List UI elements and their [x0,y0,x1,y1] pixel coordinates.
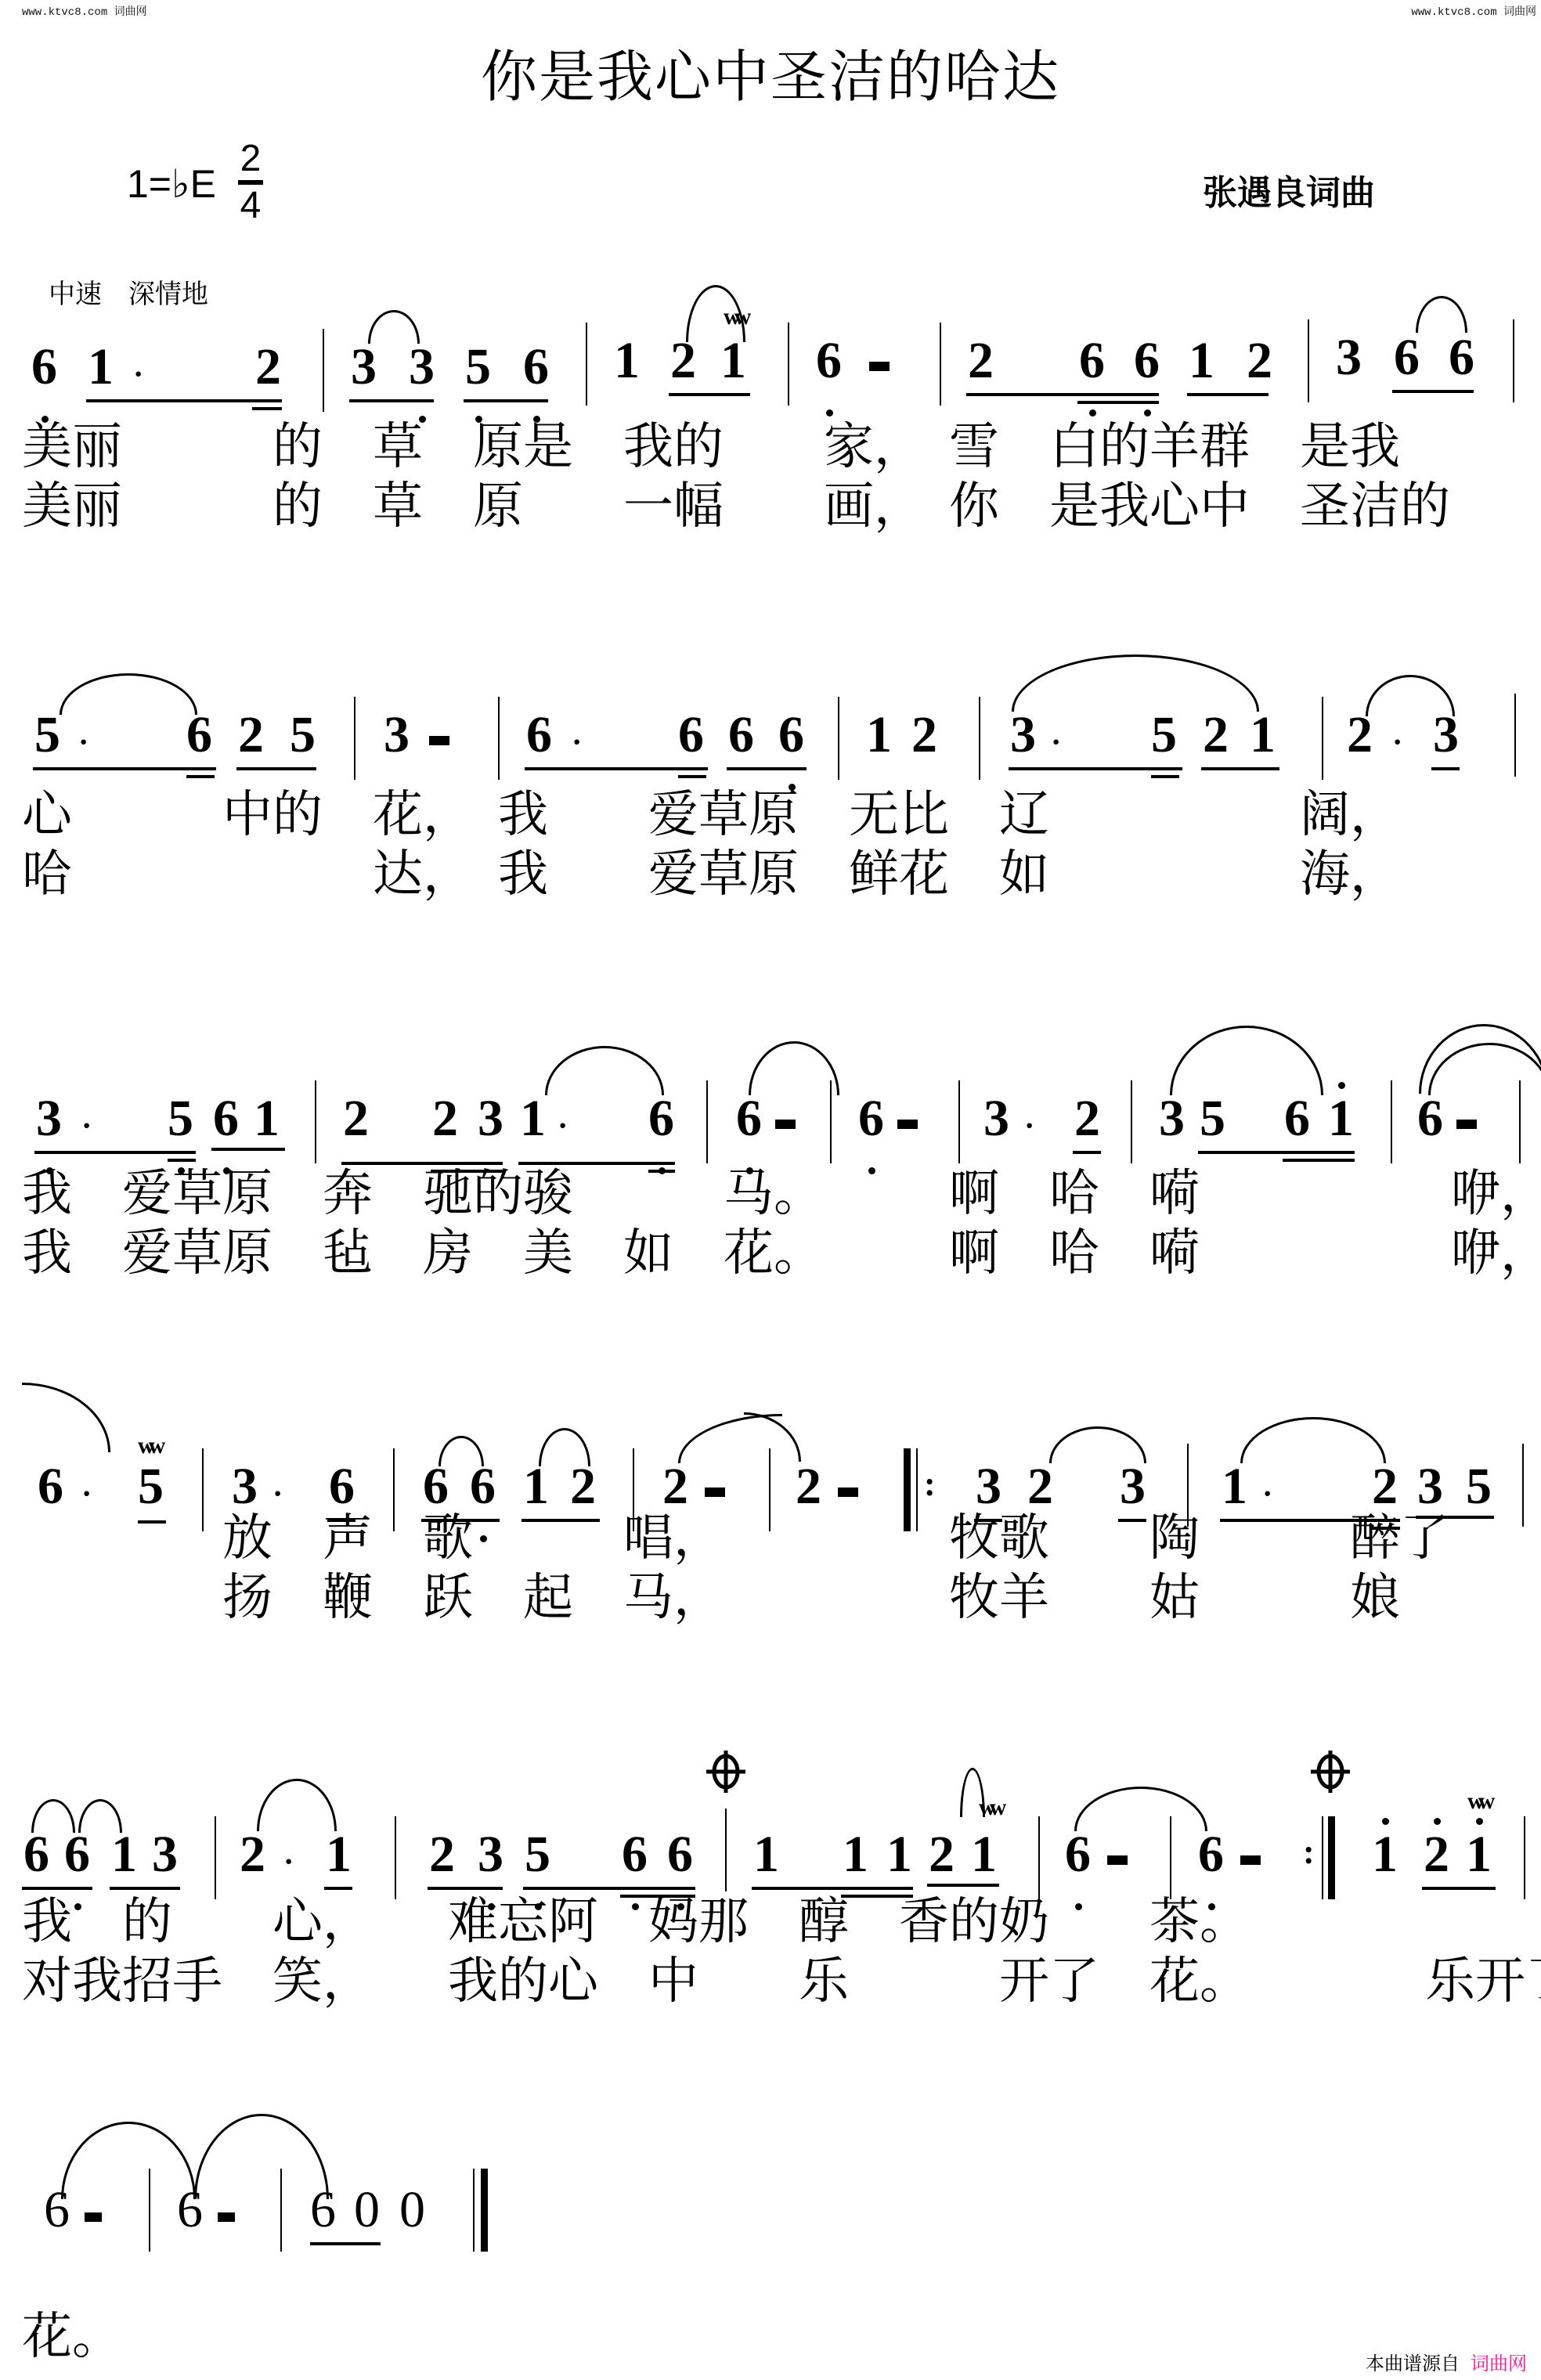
underline-beam [966,393,1159,396]
note: 1 [720,335,746,387]
underline-beam [168,1159,196,1162]
note: 1 [1250,709,1276,761]
note: 5 [465,341,491,393]
augmentation-dot: · [81,1107,92,1144]
barline [706,1080,708,1163]
note: 1 [843,1829,868,1881]
barline [1170,1816,1171,1899]
barline [323,329,324,412]
mordent-icon: ᴡᴡ [138,1433,159,1459]
underline-beam [110,1887,180,1890]
note: 6 [1449,332,1474,384]
underline-beam [464,399,548,402]
note: 2 [1347,709,1373,761]
note: 6 [1065,1829,1091,1881]
note: 2 [796,1461,821,1513]
note: 1 [1372,1829,1398,1881]
tie-slur [257,1779,337,1831]
underline-beam [1201,767,1279,770]
dash [1456,1120,1477,1129]
note: 1 [88,341,114,393]
underline-beam [1009,767,1182,770]
note: 1 [753,1829,779,1881]
time-denominator: 4 [240,185,262,226]
underline-beam [523,1887,695,1890]
repeat-end-thin-barline [1322,1816,1323,1899]
barline [1522,1444,1524,1527]
underline-beam [1392,390,1474,393]
note: 3 [384,709,410,761]
barline [1519,1080,1521,1163]
note: 2 [662,1461,688,1513]
lyrics-verse-2: 对我招手 笑， 我的心 中 乐 开了 花。 乐开了 [22,1954,1541,2009]
note: 6 [648,1093,674,1145]
note: 5 [1200,1093,1225,1145]
dash [218,2212,235,2222]
note: 1 [254,1093,280,1145]
augmentation-dot: · [1051,723,1061,760]
note: 3 [976,1461,1001,1513]
barline [958,1080,960,1163]
time-numerator: 2 [240,138,262,179]
repeat-dots: : [1303,1832,1315,1872]
note: 3 [351,341,377,393]
augmentation-dot: · [78,723,88,760]
staff-line-2: 5 · 6 2 5 3 6 · 6 6 6 1 2 3 · 5 2 1 2 · … [0,697,1541,791]
barline [1514,694,1516,777]
augmentation-dot: · [272,1475,283,1512]
underline-beam [1422,1887,1496,1890]
underline-beam [525,767,708,770]
note: 2 [1203,709,1229,761]
underline-beam [428,1887,503,1890]
underline-beam [727,767,807,770]
lyrics-verse-2: 扬 鞭 跃 起 马， 牧羊 姑 娘 [22,1570,1400,1625]
note: 6 [736,1093,762,1145]
underline-beam [1187,393,1269,396]
note: 3 [36,1093,62,1145]
note: 2 [429,1829,455,1881]
note: 5 [1466,1461,1492,1513]
barline [354,697,355,780]
note: 6 [526,709,552,761]
barline [315,1080,316,1163]
note: 5 [168,1093,193,1145]
note: 6 [38,1461,63,1513]
note: 1 [111,1829,137,1881]
note: 2 [911,709,937,761]
note: 2 [968,335,994,387]
note: 6 [23,1829,49,1881]
dash [1107,1855,1128,1865]
tie-slur [1074,1787,1207,1831]
note: 6 [523,341,549,393]
tie-slur [1240,1417,1386,1463]
time-signature: 2 4 [235,139,266,225]
staff-line-6: 6 6 6 0 0 [0,2169,1541,2263]
barline [830,1080,832,1163]
barline [838,697,839,780]
note: 2 [1424,1829,1449,1881]
dash [869,362,890,371]
underline-beam [34,1151,196,1154]
underline-beam [669,393,750,396]
note: 6 [423,1461,449,1513]
lyrics-verse-1: 心 中的 花， 我 爱草原 无比 辽 阔， [22,788,1400,842]
note: 6 [310,2184,336,2236]
final-thin-barline [473,2169,475,2252]
note: 2 [929,1829,955,1881]
lyrics-verse-2: 美丽 的 草 原 一幅 画， 你 是我心中 圣洁的 [22,479,1450,534]
augmentation-dot: · [1392,723,1402,760]
underline-beam [324,1887,352,1890]
note: 2 [240,1829,265,1881]
watermark-right: www.ktvc8.com 词曲网 [1411,3,1536,19]
note: 1 [866,709,892,761]
note: 6 [213,1093,239,1145]
underline-beam [86,399,282,402]
underline-beam [1077,401,1159,404]
note: 1 [1328,1093,1354,1145]
note: 2 [255,341,281,393]
note: 3 [232,1461,258,1513]
note: 3 [1336,332,1362,384]
underline-beam [1151,775,1179,778]
note: 5 [1151,709,1177,761]
underline-beam [186,775,215,778]
note: 6 [678,709,704,761]
tie-slur [1416,296,1467,333]
coda-icon [705,1751,747,1793]
barline [1513,319,1514,402]
tie-slur [194,2114,329,2199]
tie-slur [545,1046,664,1095]
augmentation-dot: · [81,1475,92,1512]
underline-beam [927,1884,999,1887]
staff-line-1: 6 1 · 2 3 3 5 6 1 2 1 ᴡᴡ 6 2 6 6 1 2 3 6… [0,329,1541,423]
barline [1322,697,1323,780]
note: 3 [983,1093,1009,1145]
note: 6 [1394,332,1420,384]
barline [979,697,980,780]
note: 2 [238,709,264,761]
note: 2 [1027,1461,1053,1513]
underline-beam [1198,1151,1355,1154]
barline [1308,319,1309,402]
dash [838,1487,858,1497]
augmentation-dot: · [283,1843,294,1880]
dash [705,1487,725,1497]
note: 5 [525,1829,550,1881]
note: 6 [470,1461,496,1513]
augmentation-dot: · [1262,1475,1272,1512]
underline-beam [1073,1151,1101,1154]
lyrics-verse-2: 哈 达， 我 爱草原 鲜花 如 海， [22,847,1400,902]
barline [788,323,789,406]
note: 2 [343,1093,369,1145]
tie-slur [744,1412,801,1462]
underline-beam [236,767,316,770]
underline-beam [1431,767,1460,770]
barline [940,323,941,406]
tie-slur [749,1041,839,1095]
lyrics-verse-2: 我 爱草原 毡 房 美 如 花。 啊 哈 嗬 咿， [22,1226,1541,1281]
tie-slur [60,673,197,715]
note: 6 [1417,1093,1443,1145]
note: 1 [1222,1461,1247,1513]
note: 3 [478,1829,503,1881]
note: 1 [523,1461,549,1513]
augmentation-dot: · [133,355,143,392]
coda-icon [1309,1751,1352,1793]
note: 2 [570,1461,596,1513]
note: 3 [1159,1093,1185,1145]
tempo-marking: 中速 深情地 [49,272,208,311]
note: 2 [432,1093,458,1145]
tie-slur [1170,1026,1323,1095]
tie-slur [61,2122,196,2199]
augmentation-dot: · [572,723,582,760]
underline-beam [33,767,216,770]
note: 6 [622,1829,648,1881]
tie-slur [1049,1426,1146,1463]
rest: 0 [354,2184,380,2236]
note: 1 [520,1093,546,1145]
note: 6 [177,2184,203,2236]
note: 6 [1134,335,1160,387]
dash [897,1120,918,1129]
lyrics-verse-1: 放 声 歌 唱， 牧歌 陶 醉了 [22,1511,1450,1566]
dash [775,1120,796,1129]
underline-beam [252,407,282,410]
underline-beam [310,2242,381,2245]
watermark-left: www.ktvc8.com 词曲网 [22,3,147,19]
barline [1038,1816,1040,1899]
note: 6 [44,2184,70,2236]
source-brand-link[interactable]: 词曲网 [1471,2353,1527,2375]
note: 1 [886,1829,912,1881]
note: 6 [329,1461,355,1513]
barline [586,323,587,406]
lyrics-verse-1: 我 的 心， 难忘阿 妈那 醇 香的奶 茶。 [22,1895,1250,1949]
note: 5 [138,1461,164,1513]
note: 2 [1247,335,1272,387]
mordent-icon: ᴡᴡ [979,1794,1000,1821]
augmentation-dot: · [558,1107,568,1144]
barline [280,2169,282,2252]
tie-slur [1012,654,1259,712]
note: 3 [1120,1461,1146,1513]
note: 3 [478,1093,503,1145]
dash [85,2212,102,2222]
lyrics-verse-1: 我 爱草原 奔 驰的骏 马。 啊 哈 嗬 咿， [22,1167,1541,1221]
note: 1 [326,1829,352,1881]
barline [395,1816,396,1899]
barline [149,2169,150,2252]
note: 1 [1466,1829,1492,1881]
mordent-icon: ᴡᴡ [724,304,745,330]
note: 2 [1372,1461,1398,1513]
key-signature: 1=♭E [127,161,216,207]
note: 6 [1198,1829,1224,1881]
dash [1240,1855,1261,1865]
barline [215,1816,216,1899]
note: 6 [64,1829,90,1881]
note: 6 [1079,335,1105,387]
underline-beam [22,1887,92,1890]
source-label: 本曲谱源自 [1366,2353,1460,2375]
note: 6 [858,1093,884,1145]
mordent-icon: ᴡᴡ [1467,1788,1489,1815]
underline-beam [1283,1159,1355,1162]
note: 6 [1284,1093,1310,1145]
note: 1 [1189,335,1214,387]
repeat-dots: : [924,1464,936,1504]
lyrics-final: 花。 [22,2310,122,2364]
underline-beam [678,775,706,778]
note: 1 [971,1829,997,1881]
tie-slur [22,1383,110,1452]
note: 2 [1074,1093,1100,1145]
composer-credit: 张遇良词曲 [1203,164,1375,215]
note: 3 [409,341,435,393]
repeat-end-thick-barline [1328,1816,1335,1899]
barline [1524,1816,1525,1899]
barline [1391,1080,1392,1163]
note: 3 [1417,1461,1443,1513]
barline [725,1808,727,1891]
dash [429,736,449,745]
final-thick-barline [481,2169,488,2252]
barline [1131,1080,1132,1163]
song-title: 你是我心中圣洁的哈达 [0,31,1541,113]
rest: 0 [399,2184,425,2236]
augmentation-dot: · [1024,1107,1034,1144]
note: 1 [614,335,640,387]
note: 3 [152,1829,178,1881]
note: 6 [778,709,804,761]
note: 2 [670,335,696,387]
source-footer: 本曲谱源自词曲网 [1366,2348,1527,2375]
underline-beam [211,1148,285,1151]
staff-line-3: 3 · 5 6 1 2 2 3 1 · 6 6 6 3 · 2 3 5 6 1 … [0,1080,1541,1174]
note: 6 [728,709,754,761]
underline-beam [752,1887,913,1890]
note: 3 [1010,709,1036,761]
underline-beam [349,399,434,402]
note: 3 [1433,709,1459,761]
barline [498,697,500,780]
note: 6 [31,341,57,393]
lyrics-verse-1: 美丽 的 草 原是 我的 家， 雪 白的羊群 是我 [22,420,1400,474]
note: 5 [290,709,316,761]
note: 6 [816,335,842,387]
note: 6 [186,709,212,761]
note: 6 [667,1829,693,1881]
note: 5 [34,709,60,761]
